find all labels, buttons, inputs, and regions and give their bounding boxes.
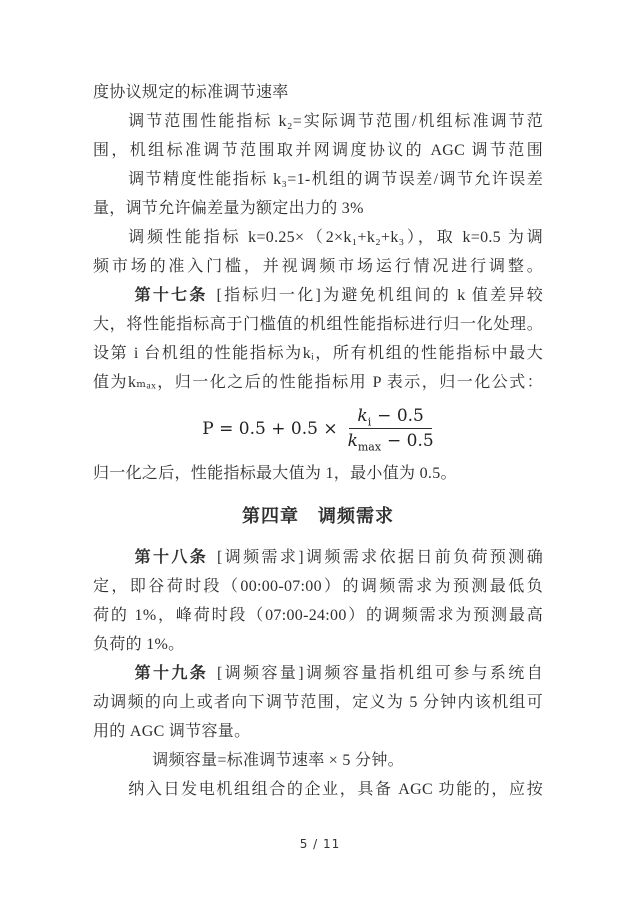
chapter-heading: 第四章 调频需求 <box>93 502 543 531</box>
article-number: 第十八条 <box>135 549 209 566</box>
formula-subscript: max <box>358 441 381 454</box>
formula-denominator: kmax− 0.5 <box>348 429 434 452</box>
formula-subscript: i <box>368 415 372 428</box>
text-line: 定，即谷荷时段（00:00-07:00）的调频需求为预测最低负 <box>93 572 543 601</box>
formula-constant: − 0.5 <box>387 431 434 451</box>
text-line: 量，调节允许偏差量为额定出力的 3% <box>93 194 543 223</box>
text-line: 调节精度性能指标 k₃=1-机组的调节误差/调节允许误差 <box>93 165 543 194</box>
text-line: 负荷的 1%。 <box>93 630 543 659</box>
text-line: 用的 AGC 调节容量。 <box>93 717 543 746</box>
article-18-line: 第十八条[调频需求]调频需求依据日前负荷预测确 <box>93 543 543 572</box>
formula-fraction: ki− 0.5 kmax− 0.5 <box>348 405 434 453</box>
page-number: 5 / 11 <box>0 837 640 851</box>
article-number: 第十七条 <box>135 287 208 304</box>
text-line: 围，机组标准调节范围取并网调度协议的 AGC 调节范围 <box>93 136 543 165</box>
text-line: 调节范围性能指标 k₂=实际调节范围/机组标准调节范 <box>93 107 543 136</box>
normalization-formula: P = 0.5 + 0.5 × ki− 0.5 kmax− 0.5 <box>93 405 543 453</box>
formula-lhs: P = 0.5 + 0.5 × <box>202 419 337 439</box>
article-text: [调频容量]调频容量指机组可参与系统自 <box>217 665 543 682</box>
text-line: 荷的 1%，峰荷时段（07:00-24:00）的调频需求为预测最高 <box>93 601 543 630</box>
text-line: 频市场的准入门槛，并视调频市场运行情况进行调整。 <box>93 252 543 281</box>
text-line: 值为kₘₐₓ，归一化之后的性能指标用 P 表示，归一化公式： <box>93 368 543 397</box>
text-line: 归一化之后，性能指标最大值为 1，最小值为 0.5。 <box>93 459 543 488</box>
text-line: 大，将性能指标高于门槛值的机组性能指标进行归一化处理。 <box>93 310 543 339</box>
article-text: [调频需求]调频需求依据日前负荷预测确 <box>217 549 543 566</box>
formula-numerator: ki− 0.5 <box>349 405 431 429</box>
formula-constant: − 0.5 <box>377 406 424 426</box>
formula-variable: k <box>348 431 358 451</box>
document-page: 度协议规定的标准调节速率 调节范围性能指标 k₂=实际调节范围/机组标准调节范 … <box>0 0 640 905</box>
text-line: 纳入日发电机组组合的企业，具备 AGC 功能的，应按 <box>93 775 543 804</box>
capacity-equation-line: 调频容量=标准调节速率 × 5 分钟。 <box>93 746 543 775</box>
text-line: 度协议规定的标准调节速率 <box>93 78 543 107</box>
article-text: [指标归一化]为避免机组间的 k 值差异较 <box>217 287 544 304</box>
formula-variable: k <box>357 406 367 426</box>
text-line: 动调频的向上或者向下调节范围，定义为 5 分钟内该机组可 <box>93 688 543 717</box>
text-line: 调频性能指标 k=0.25×（2×k₁+k₂+k₃），取 k=0.5 为调 <box>93 223 543 252</box>
text-line: 设第 i 台机组的性能指标为kᵢ，所有机组的性能指标中最大 <box>93 339 543 368</box>
article-number: 第十九条 <box>135 665 209 682</box>
article-17-line: 第十七条[指标归一化]为避免机组间的 k 值差异较 <box>93 281 543 310</box>
article-19-line: 第十九条[调频容量]调频容量指机组可参与系统自 <box>93 659 543 688</box>
